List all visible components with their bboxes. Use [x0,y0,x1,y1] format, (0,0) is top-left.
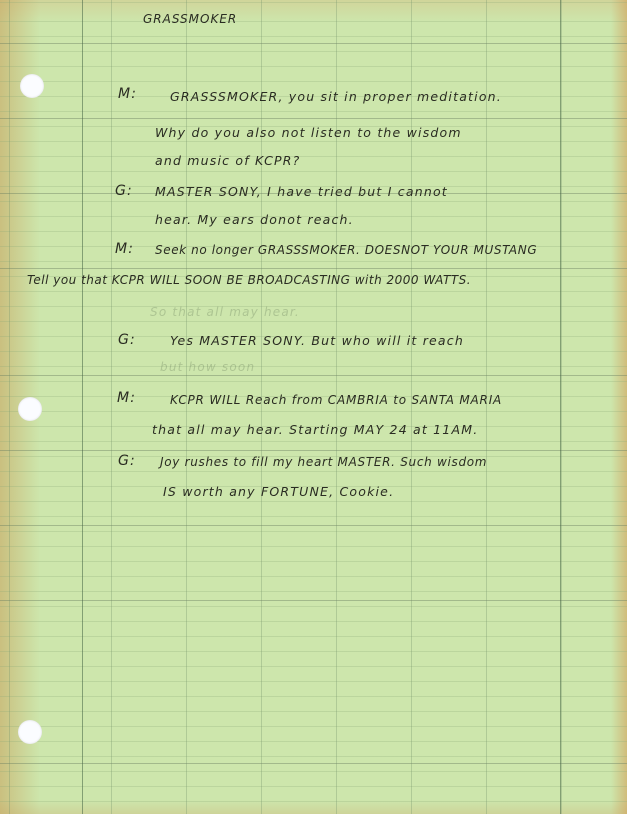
erased-text: but how soon [160,360,255,374]
speaker-label: M: [117,390,136,406]
vertical-grid-lines [0,0,627,814]
grid-rule [0,450,627,451]
dialogue-line: GRASSSMOKER, you sit in proper meditatio… [170,89,502,104]
speaker-label: M: [118,86,137,102]
grid-rule [0,375,627,376]
dialogue-line: IS worth any FORTUNE, Cookie. [163,484,394,499]
dialogue-line: Seek no longer GRASSSMOKER. DOESNOT YOUR… [155,243,537,257]
document-title: GRASSMOKER [143,12,237,26]
grid-rule [0,525,627,526]
erased-text: So that all may hear. [150,305,300,319]
grid-rule [0,763,627,764]
dialogue-line: Yes MASTER SONY. But who will it reach [170,333,464,348]
dialogue-line: Tell you that KCPR WILL SOON BE BROADCAS… [27,273,471,287]
dialogue-line: KCPR WILL Reach from CAMBRIA to SANTA MA… [170,393,502,407]
horizontal-grid-lines [0,0,627,814]
dialogue-line: that all may hear. Starting MAY 24 at 11… [152,422,478,437]
dialogue-line: hear. My ears donot reach. [155,212,354,227]
speaker-label: G: [115,183,133,199]
dialogue-line: MASTER SONY, I have tried but I cannot [155,184,448,199]
left-margin-line [82,0,83,814]
hole-punch-middle [18,397,42,421]
hole-punch-top [20,74,44,98]
grid-rule [0,268,627,269]
right-margin-line [560,0,561,814]
dialogue-line: Why do you also not listen to the wisdom [155,125,462,140]
hole-punch-bottom [18,720,42,744]
speaker-label: G: [118,332,136,348]
speaker-label: G: [118,453,136,469]
header-rule [0,43,627,44]
grid-rule [0,600,627,601]
dialogue-line: Joy rushes to fill my heart MASTER. Such… [160,455,487,469]
grid-rule [0,118,627,119]
speaker-label: M: [115,241,134,257]
dialogue-line: and music of KCPR? [155,153,301,168]
ledger-page: GRASSMOKER M: GRASSSMOKER, you sit in pr… [0,0,627,814]
